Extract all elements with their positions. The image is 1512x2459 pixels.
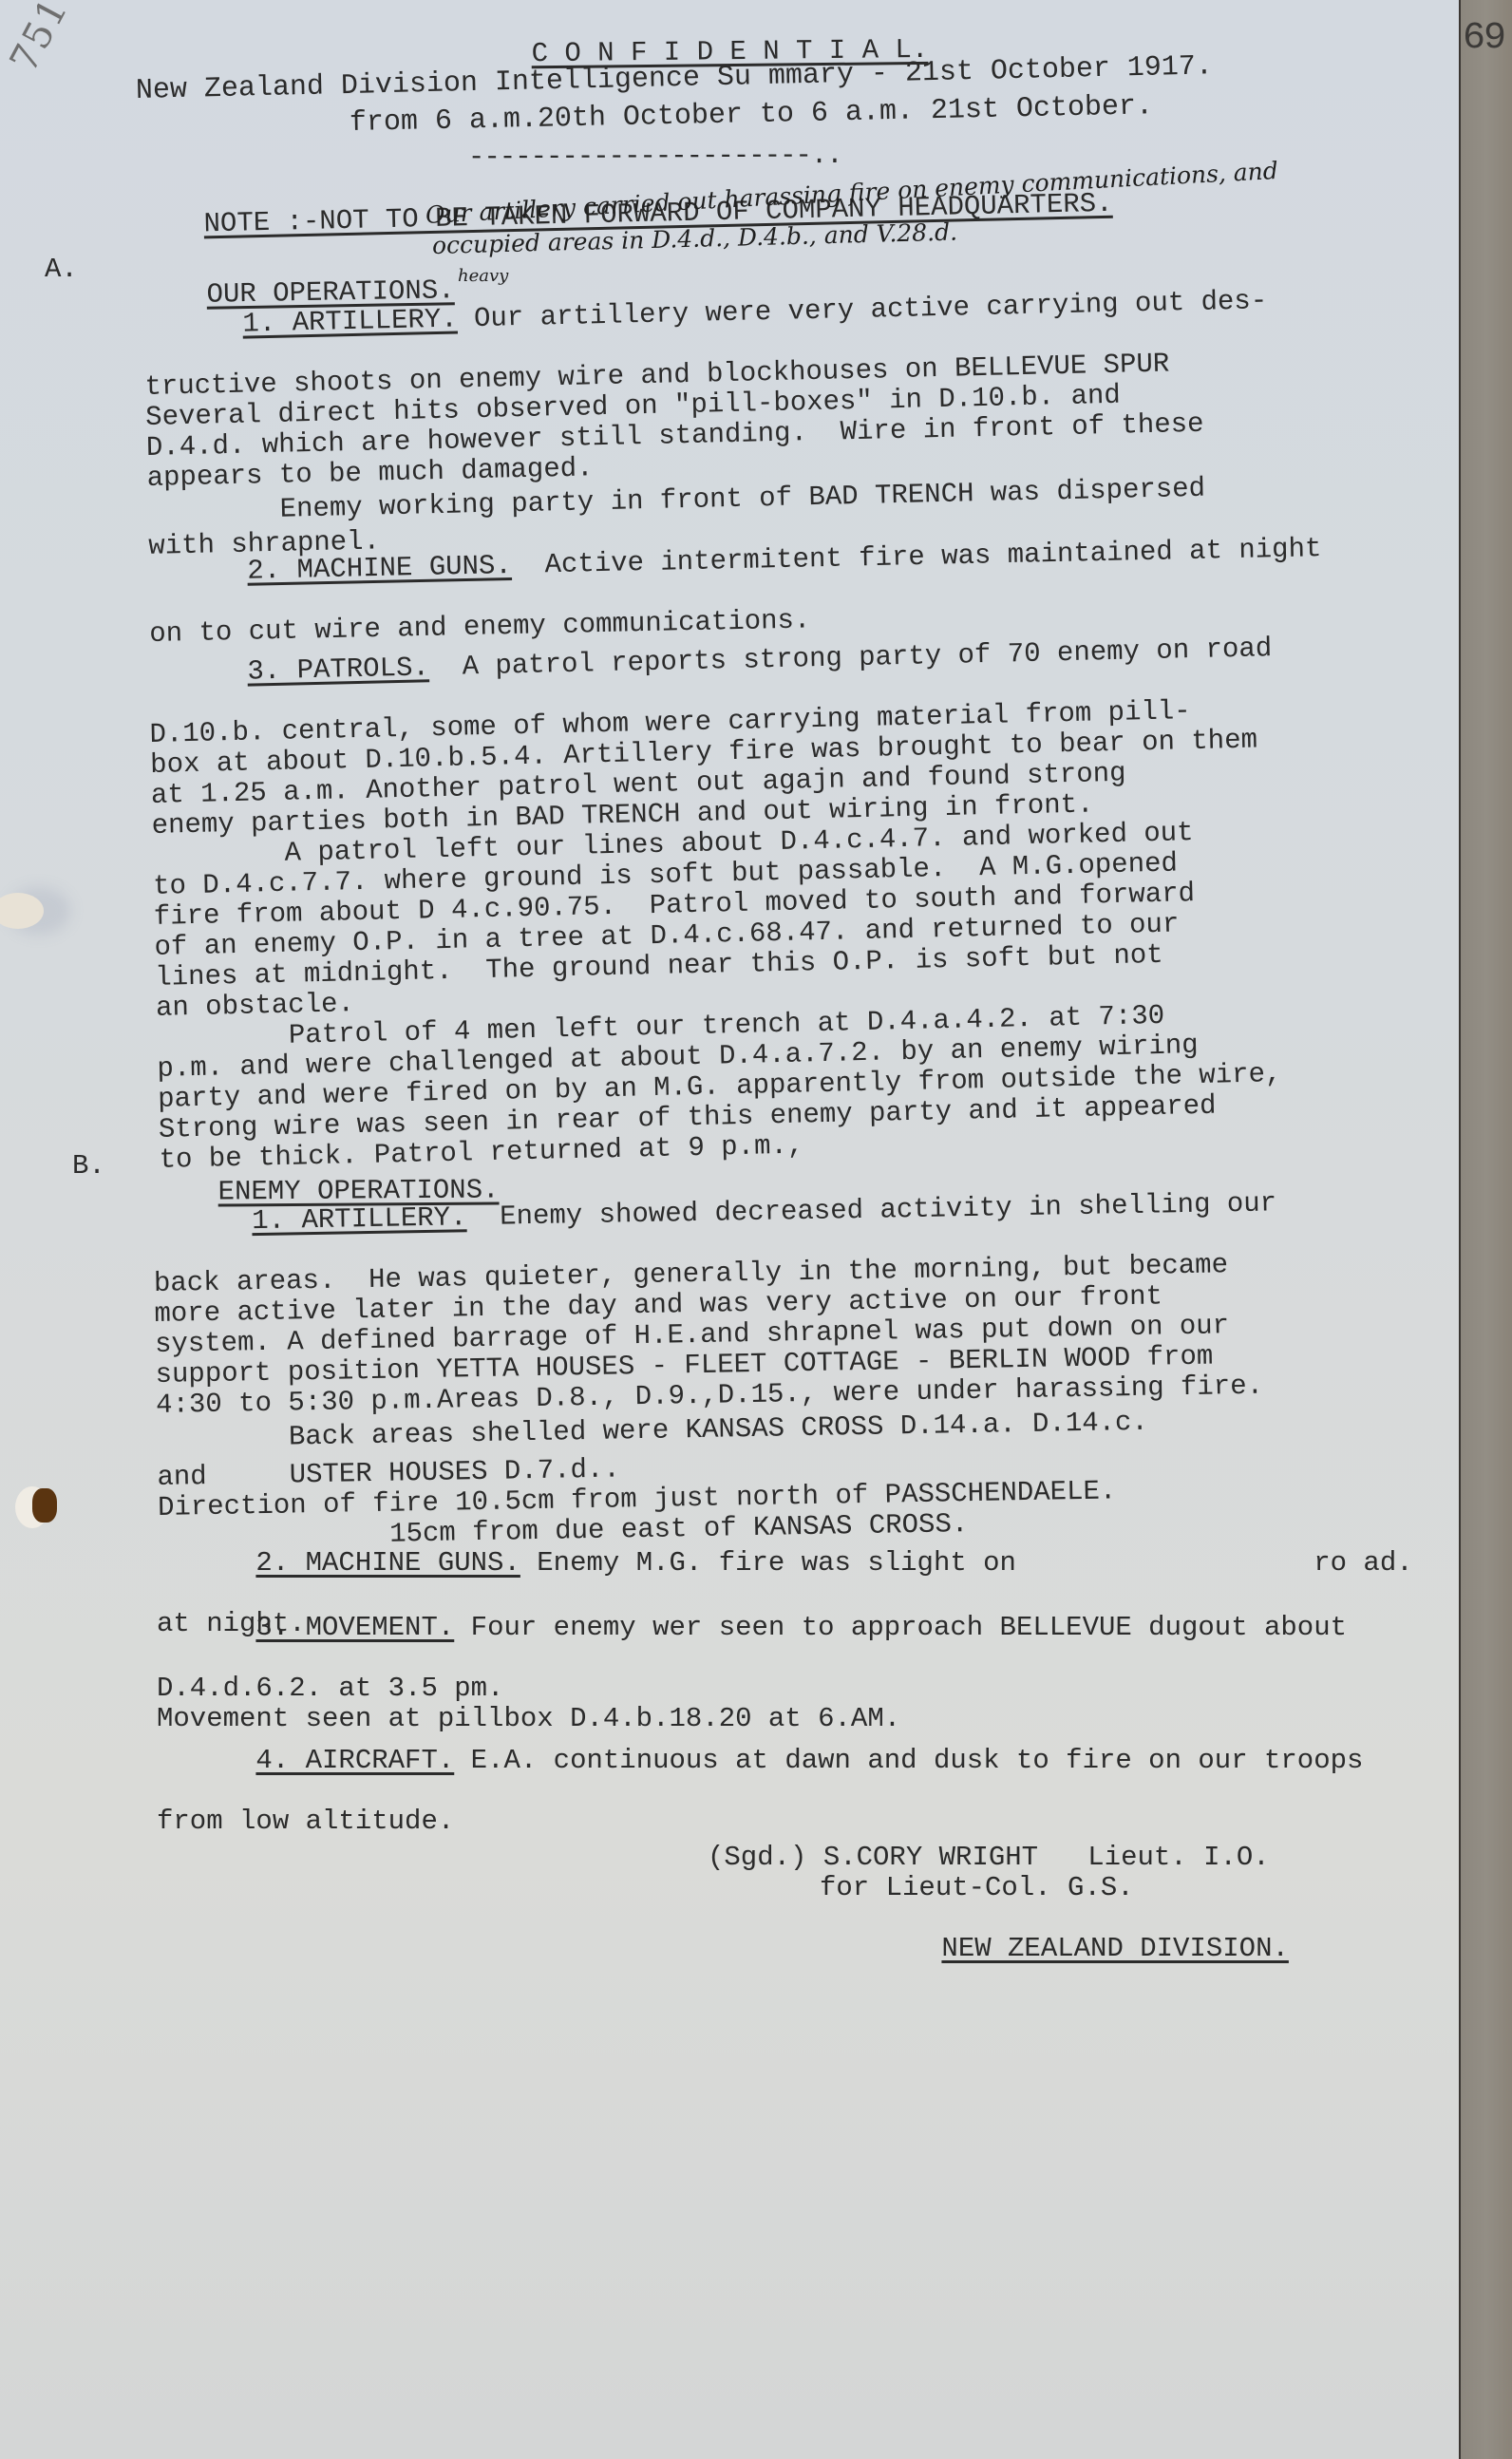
section-b-aircraft-heading: 4. AIRCRAFT. xyxy=(255,1745,454,1776)
section-a-patrols-heading: 3. PATROLS. xyxy=(247,652,429,687)
section-b-machine-guns-heading: 2. MACHINE GUNS. xyxy=(255,1547,520,1579)
section-a-machine-guns-heading: 2. MACHINE GUNS. xyxy=(247,550,512,587)
backing-page-number: 69 xyxy=(1463,17,1512,60)
section-b-artillery-heading: 1. ARTILLERY. xyxy=(252,1201,467,1237)
signature-line-1: (Sgd.) S.CORY WRIGHT Lieut. I.O. xyxy=(708,1843,1270,1873)
punch-hole-top xyxy=(0,893,44,929)
folio-number: 751 xyxy=(2,0,77,80)
punch-hole-bottom xyxy=(15,1486,49,1528)
section-b-letter: B. xyxy=(72,1151,105,1182)
section-b-aircraft: 4. AIRCRAFT. E.A. continuous at dawn and… xyxy=(157,1715,1363,1837)
signature-line-2: for Lieut-Col. G.S. xyxy=(820,1873,1382,1903)
section-b-movement-heading: 3. MOVEMENT. xyxy=(255,1612,454,1643)
document-page: 751 C O N F I D E N T I A L. New Zealand… xyxy=(0,0,1461,2459)
backing-sheet xyxy=(1461,0,1512,2459)
section-a-patrols: 3. PATROLS. A patrol reports strong part… xyxy=(147,603,1283,1176)
section-b-artillery: 1. ARTILLERY. Enemy showed decreased act… xyxy=(152,1158,1282,1554)
section-a-letter: A. xyxy=(45,255,78,285)
section-b-movement: 3. MOVEMENT. Four enemy wer seen to appr… xyxy=(157,1582,1347,1734)
section-a-artillery-heading: 1. ARTILLERY. xyxy=(242,303,458,339)
signature-block: (Sgd.) S.CORY WRIGHT Lieut. I.O. for Lie… xyxy=(708,1843,1270,1995)
signature-line-3: NEW ZEALAND DIVISION. xyxy=(842,1903,1405,1995)
